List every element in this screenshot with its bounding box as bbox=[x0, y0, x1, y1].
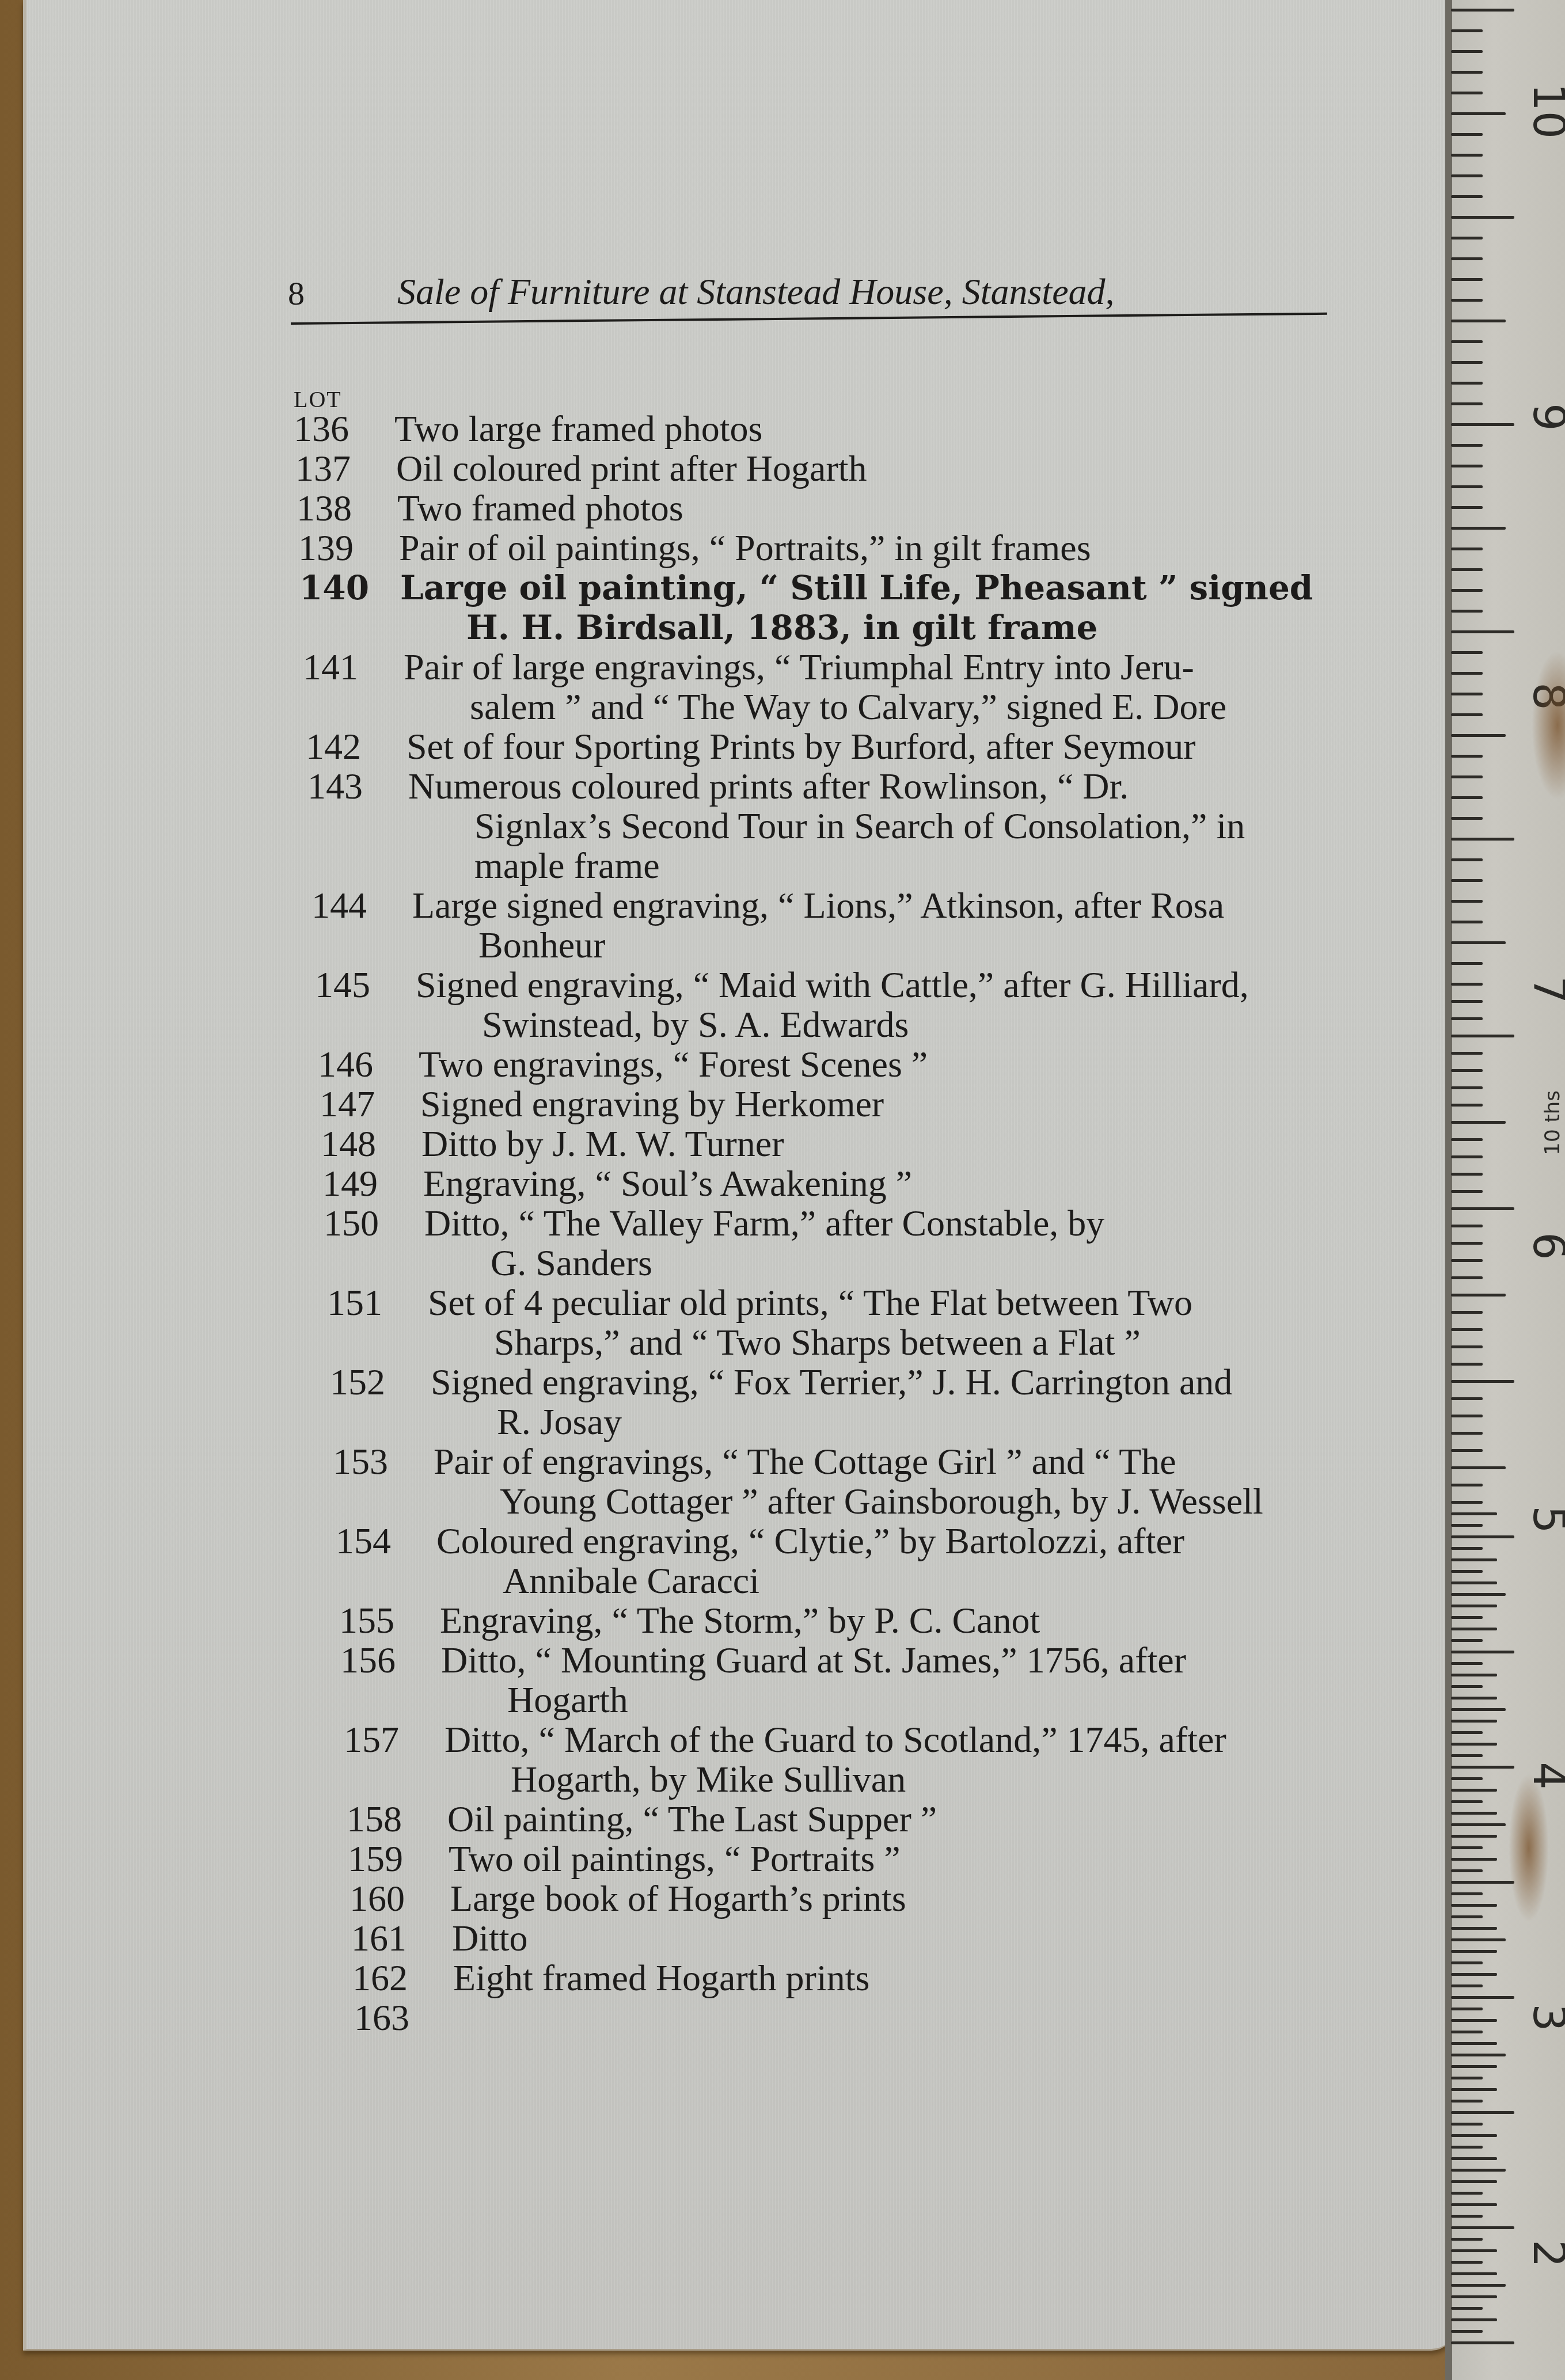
lot-description: Numerous coloured prints after Rowlinson… bbox=[408, 766, 1129, 807]
ruler-tick bbox=[1451, 2111, 1514, 2114]
ruler-tick bbox=[1451, 2341, 1514, 2344]
lot-number: 151 bbox=[327, 1283, 413, 1323]
ruler-tick bbox=[1451, 1069, 1483, 1072]
ruler-tick bbox=[1451, 174, 1483, 177]
ruler-tick bbox=[1451, 2249, 1497, 2252]
ruler-tick bbox=[1451, 2134, 1497, 2137]
ruler-tick bbox=[1451, 320, 1506, 322]
ruler-tick bbox=[1451, 2307, 1483, 2310]
ruler-tick bbox=[1451, 1190, 1483, 1193]
ruler-tick bbox=[1451, 2318, 1497, 2321]
lot-description-continued: Sharps,” and “ Two Sharps between a Flat… bbox=[494, 1322, 1141, 1363]
ruler-tick bbox=[1451, 651, 1483, 654]
rust-stain bbox=[1509, 1773, 1549, 1923]
ruler-tick bbox=[1451, 237, 1483, 239]
lot-description-continued: G. Sanders bbox=[491, 1243, 652, 1283]
lot-description: Ditto bbox=[452, 1918, 528, 1959]
measuring-ruler: 10 ths 1098765432 bbox=[1445, 0, 1565, 2380]
ruler-tick bbox=[1451, 1593, 1506, 1596]
ruler-tick bbox=[1451, 1800, 1483, 1803]
ruler-tick bbox=[1451, 92, 1483, 94]
ruler-tick bbox=[1451, 734, 1506, 737]
ruler-tick bbox=[1451, 2226, 1514, 2229]
ruler-tick bbox=[1451, 2146, 1483, 2149]
ruler-tick bbox=[1451, 1938, 1506, 1941]
lot-list: 136Two large framed photos137Oil coloure… bbox=[0, 0, 1565, 2380]
lot-description: Signed engraving, “ Maid with Cattle,” a… bbox=[416, 965, 1249, 1005]
ruler-tick bbox=[1451, 1904, 1497, 1907]
ruler-tick bbox=[1451, 1858, 1497, 1861]
ruler-tick bbox=[1451, 2100, 1483, 2103]
lot-number: 157 bbox=[344, 1720, 430, 1760]
ruler-tick bbox=[1451, 216, 1514, 219]
ruler-tick bbox=[1451, 1869, 1483, 1872]
lot-number: 145 bbox=[315, 965, 401, 1005]
lot-number: 162 bbox=[352, 1958, 439, 1998]
ruler-tick bbox=[1451, 1035, 1514, 1037]
lot-description: Ditto, “ The Valley Farm,” after Constab… bbox=[424, 1203, 1104, 1244]
lot-number: 136 bbox=[294, 409, 380, 449]
ruler-tick bbox=[1451, 1662, 1483, 1665]
lot-number: 152 bbox=[330, 1362, 416, 1402]
ruler-tick bbox=[1451, 1017, 1483, 1020]
ruler-numeral: 2 bbox=[1524, 2231, 1565, 2277]
ruler-tick bbox=[1451, 2065, 1497, 2068]
ruler-tick bbox=[1451, 2330, 1483, 2333]
lot-description: Coloured engraving, “ Clytie,” by Bartol… bbox=[436, 1521, 1184, 1561]
ruler-tick bbox=[1451, 1961, 1483, 1964]
ruler-tick bbox=[1451, 2295, 1497, 2298]
lot-description: Pair of engravings, “ The Cottage Girl ”… bbox=[434, 1442, 1176, 1482]
ruler-tick bbox=[1451, 2019, 1497, 2022]
ruler-tick bbox=[1451, 2042, 1497, 2045]
ruler-tick bbox=[1451, 1121, 1506, 1124]
ruler-tick bbox=[1451, 465, 1483, 467]
lot-number: 144 bbox=[312, 885, 398, 926]
ruler-tick bbox=[1451, 2088, 1497, 2091]
ruler-tick bbox=[1451, 1984, 1483, 1987]
rust-stain bbox=[1532, 651, 1565, 800]
lot-description: Large oil painting, “ Still Life, Pheasa… bbox=[400, 568, 1313, 608]
ruler-tick bbox=[1451, 1581, 1497, 1584]
ruler-tick bbox=[1451, 1720, 1497, 1723]
ruler-tick bbox=[1451, 1104, 1483, 1107]
lot-number: 159 bbox=[348, 1839, 434, 1879]
ruler-tick bbox=[1451, 1380, 1514, 1383]
ruler-numeral: 6 bbox=[1524, 1223, 1565, 1269]
ruler-tick bbox=[1451, 1823, 1506, 1826]
lot-number: 137 bbox=[295, 448, 382, 489]
lot-description: Two large framed photos bbox=[394, 409, 763, 449]
ruler-tick bbox=[1451, 1449, 1483, 1452]
ruler-tick bbox=[1451, 1812, 1497, 1815]
ruler-tick bbox=[1451, 112, 1506, 115]
ruler-tick bbox=[1451, 29, 1483, 32]
ruler-tick bbox=[1451, 2169, 1506, 2172]
ruler-tick bbox=[1451, 1547, 1483, 1550]
ruler-tick bbox=[1451, 1466, 1506, 1469]
ruler-tick bbox=[1451, 1311, 1483, 1314]
ruler-tick bbox=[1451, 1225, 1483, 1227]
ruler-tick bbox=[1451, 2192, 1483, 2195]
lot-description: Large signed engraving, “ Lions,” Atkins… bbox=[412, 885, 1224, 926]
ruler-tick bbox=[1451, 962, 1483, 965]
lot-number: 163 bbox=[354, 1998, 440, 2038]
lot-number: 148 bbox=[321, 1124, 407, 1164]
ruler-tick bbox=[1451, 672, 1483, 675]
ruler-tick bbox=[1451, 2203, 1497, 2206]
ruler-tick bbox=[1451, 2180, 1497, 2183]
ruler-tick bbox=[1451, 1881, 1514, 1884]
lot-description: Signed engraving by Herkomer bbox=[420, 1084, 884, 1124]
ruler-tick bbox=[1451, 2054, 1506, 2056]
ruler-tick bbox=[1451, 1754, 1483, 1757]
ruler-tick bbox=[1451, 527, 1506, 530]
ruler-tick bbox=[1451, 361, 1483, 364]
ruler-tick bbox=[1451, 1328, 1483, 1331]
ruler-numeral: 9 bbox=[1524, 394, 1565, 440]
lot-description: Two engravings, “ Forest Scenes ” bbox=[419, 1044, 928, 1085]
ruler-tick bbox=[1451, 1846, 1483, 1849]
ruler-unit-label: 10 ths bbox=[1541, 1090, 1564, 1155]
ruler-tick bbox=[1451, 71, 1483, 74]
ruler-tick bbox=[1451, 1138, 1483, 1141]
lot-number: 160 bbox=[350, 1879, 436, 1919]
ruler-tick bbox=[1451, 340, 1483, 343]
lot-number: 154 bbox=[336, 1521, 422, 1561]
lot-number: 140 bbox=[299, 568, 386, 608]
ruler-tick bbox=[1451, 879, 1483, 882]
ruler-tick bbox=[1451, 2031, 1483, 2033]
ruler-tick bbox=[1451, 2215, 1483, 2218]
ruler-tick bbox=[1451, 2123, 1483, 2126]
ruler-tick bbox=[1451, 257, 1483, 260]
ruler-tick bbox=[1451, 444, 1483, 447]
ruler-tick bbox=[1451, 796, 1483, 799]
lot-description: Two framed photos bbox=[397, 488, 683, 529]
ruler-tick bbox=[1451, 1777, 1483, 1780]
lot-description-continued: Annibale Caracci bbox=[503, 1561, 759, 1601]
lot-description: Oil painting, “ The Last Supper ” bbox=[447, 1799, 937, 1839]
ruler-tick bbox=[1451, 382, 1483, 385]
ruler-tick bbox=[1451, 2284, 1506, 2287]
lot-description: Eight framed Hogarth prints bbox=[453, 1958, 869, 1998]
ruler-tick bbox=[1451, 1501, 1483, 1504]
lot-description: Ditto, “ Mounting Guard at St. James,” 1… bbox=[441, 1640, 1186, 1681]
ruler-tick bbox=[1451, 1259, 1483, 1262]
ruler-tick bbox=[1451, 1996, 1514, 1999]
ruler-tick bbox=[1451, 1915, 1483, 1918]
lot-description-continued: Hogarth bbox=[507, 1680, 628, 1720]
ruler-tick bbox=[1451, 1086, 1483, 1089]
ruler-tick bbox=[1451, 1535, 1514, 1538]
lot-number: 143 bbox=[307, 766, 394, 807]
ruler-tick bbox=[1451, 838, 1514, 841]
ruler-tick bbox=[1451, 2238, 1483, 2241]
ruler-tick bbox=[1451, 1000, 1483, 1003]
ruler-tick bbox=[1451, 1345, 1483, 1348]
ruler-tick bbox=[1451, 1697, 1497, 1700]
ruler-tick bbox=[1451, 1207, 1514, 1210]
lot-description: Pair of large engravings, “ Triumphal En… bbox=[404, 647, 1194, 687]
ruler-tick bbox=[1451, 1628, 1497, 1630]
ruler-numeral: 10 bbox=[1524, 83, 1565, 130]
ruler-tick bbox=[1451, 1685, 1483, 1688]
lot-number: 147 bbox=[320, 1084, 406, 1124]
ruler-tick bbox=[1451, 1570, 1483, 1573]
ruler-tick bbox=[1451, 713, 1483, 716]
ruler-tick bbox=[1451, 2077, 1483, 2079]
lot-number: 158 bbox=[347, 1799, 433, 1839]
ruler-tick bbox=[1451, 1415, 1483, 1417]
ruler-tick bbox=[1451, 1605, 1497, 1607]
ruler-tick bbox=[1451, 610, 1483, 613]
ruler-tick bbox=[1451, 983, 1483, 986]
lot-number: 149 bbox=[322, 1164, 409, 1204]
ruler-tick bbox=[1451, 423, 1514, 426]
ruler-tick bbox=[1451, 900, 1483, 903]
ruler-tick bbox=[1451, 278, 1483, 281]
ruler-tick bbox=[1451, 941, 1506, 944]
lot-number: 161 bbox=[351, 1918, 438, 1959]
ruler-tick bbox=[1451, 2272, 1497, 2275]
ruler-tick bbox=[1451, 154, 1483, 157]
lot-description-continued: H. H. Birdsall, 1883, in gilt frame bbox=[466, 607, 1097, 648]
ruler-tick bbox=[1451, 589, 1483, 592]
lot-description-continued: Young Cottager ” after Gainsborough, by … bbox=[500, 1481, 1263, 1522]
lot-description: Engraving, “ Soul’s Awakening ” bbox=[423, 1164, 912, 1204]
lot-description-continued: maple frame bbox=[474, 846, 660, 886]
ruler-tick bbox=[1451, 1973, 1497, 1976]
ruler-tick bbox=[1451, 195, 1483, 198]
ruler-tick bbox=[1451, 755, 1483, 758]
lot-number: 153 bbox=[333, 1442, 419, 1482]
lot-description: Large book of Hogarth’s prints bbox=[450, 1879, 906, 1919]
ruler-tick bbox=[1451, 1639, 1483, 1642]
ruler-tick bbox=[1451, 548, 1483, 550]
lot-number: 141 bbox=[303, 647, 389, 687]
ruler-tick bbox=[1451, 1674, 1497, 1676]
lot-description: Engraving, “ The Storm,” by P. C. Canot bbox=[440, 1600, 1040, 1641]
ruler-tick bbox=[1451, 1432, 1483, 1435]
ruler-tick bbox=[1451, 1651, 1514, 1653]
ruler-tick bbox=[1451, 1743, 1497, 1746]
ruler-tick bbox=[1451, 2157, 1497, 2160]
ruler-tick bbox=[1451, 1276, 1483, 1279]
lot-description-continued: Signlax’s Second Tour in Search of Conso… bbox=[474, 806, 1245, 846]
ruler-tick bbox=[1451, 1173, 1483, 1176]
ruler-tick bbox=[1451, 1616, 1483, 1619]
ruler-tick bbox=[1451, 1892, 1483, 1895]
ruler-tick bbox=[1451, 1835, 1497, 1838]
ruler-tick bbox=[1451, 402, 1483, 405]
ruler-tick bbox=[1451, 1052, 1483, 1055]
ruler-tick bbox=[1451, 50, 1483, 53]
lot-description: Signed engraving, “ Fox Terrier,” J. H. … bbox=[431, 1362, 1232, 1402]
ruler-tick bbox=[1451, 1155, 1483, 1158]
ruler-tick bbox=[1451, 817, 1483, 820]
lot-description: Ditto, “ March of the Guard to Scotland,… bbox=[445, 1720, 1226, 1760]
ruler-numeral: 3 bbox=[1524, 1995, 1565, 2041]
ruler-tick bbox=[1451, 921, 1483, 923]
lot-number: 150 bbox=[324, 1203, 410, 1244]
ruler-tick bbox=[1451, 858, 1483, 861]
lot-description-continued: Hogarth, by Mike Sullivan bbox=[511, 1759, 906, 1800]
ruler-tick bbox=[1451, 9, 1514, 12]
ruler-tick bbox=[1451, 1789, 1497, 1792]
ruler-tick bbox=[1451, 485, 1483, 488]
ruler-tick bbox=[1451, 1708, 1506, 1711]
ruler-tick bbox=[1451, 1512, 1497, 1515]
lot-number: 138 bbox=[297, 488, 383, 529]
ruler-tick bbox=[1451, 693, 1483, 695]
ruler-tick bbox=[1451, 1927, 1497, 1930]
ruler-tick bbox=[1451, 506, 1483, 509]
ruler-tick bbox=[1451, 1950, 1497, 1953]
lot-description: Pair of oil paintings, “ Portraits,” in … bbox=[399, 528, 1091, 568]
lot-number: 142 bbox=[306, 727, 392, 767]
ruler-tick bbox=[1451, 1484, 1483, 1486]
ruler-tick bbox=[1451, 630, 1514, 633]
ruler-numeral: 5 bbox=[1524, 1497, 1565, 1543]
lot-description-continued: Bonheur bbox=[478, 925, 605, 965]
ruler-tick bbox=[1451, 2008, 1483, 2010]
lot-number: 146 bbox=[318, 1044, 404, 1085]
ruler-tick bbox=[1451, 1766, 1514, 1769]
ruler-tick bbox=[1451, 133, 1483, 136]
lot-description-continued: Swinstead, by S. A. Edwards bbox=[482, 1005, 909, 1045]
ruler-tick bbox=[1451, 1558, 1497, 1561]
lot-description: Two oil paintings, “ Portraits ” bbox=[449, 1839, 901, 1879]
lot-description: Set of four Sporting Prints by Burford, … bbox=[407, 727, 1196, 767]
lot-description-continued: R. Josay bbox=[497, 1402, 622, 1442]
lot-number: 156 bbox=[340, 1640, 427, 1681]
lot-description: Set of 4 peculiar old prints, “ The Flat… bbox=[428, 1283, 1192, 1323]
ruler-tick bbox=[1451, 568, 1483, 571]
ruler-tick bbox=[1451, 775, 1483, 778]
ruler-tick bbox=[1451, 299, 1483, 302]
lot-description-continued: salem ” and “ The Way to Calvary,” signe… bbox=[470, 687, 1226, 727]
ruler-tick bbox=[1451, 1731, 1483, 1734]
ruler-tick bbox=[1451, 1294, 1506, 1297]
ruler-tick bbox=[1451, 1363, 1483, 1366]
lot-description: Oil coloured print after Hogarth bbox=[396, 448, 867, 489]
ruler-numeral: 7 bbox=[1524, 967, 1565, 1013]
ruler-tick bbox=[1451, 2261, 1483, 2264]
lot-description: Ditto by J. M. W. Turner bbox=[421, 1124, 784, 1164]
ruler-tick bbox=[1451, 1524, 1483, 1527]
lot-number: 155 bbox=[339, 1600, 426, 1641]
lot-number: 139 bbox=[298, 528, 385, 568]
ruler-tick bbox=[1451, 1397, 1483, 1400]
ruler-tick bbox=[1451, 1242, 1483, 1245]
